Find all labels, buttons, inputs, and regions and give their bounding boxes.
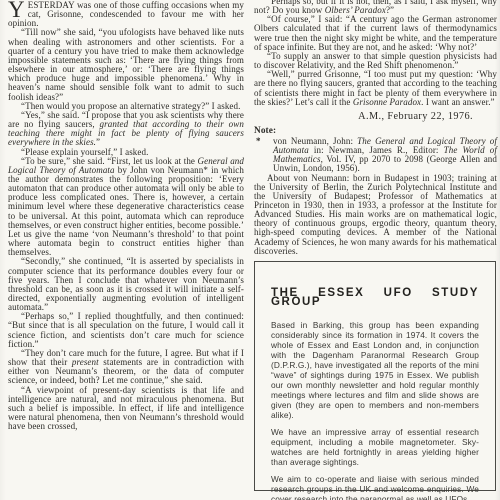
scanned-magazine-page: YESTERDAY was one of those cuffing occas… bbox=[0, 0, 500, 500]
byline: A.M., February 22, 1976. bbox=[254, 111, 497, 123]
note-heading: Note: bbox=[254, 126, 497, 136]
paragraph: “Till now” she said, “you ufologists hav… bbox=[8, 28, 244, 101]
paragraph: “Secondly,” she continued, “It is assert… bbox=[8, 257, 244, 312]
paragraph: “Well,” purred Grisonne, “I too must put… bbox=[254, 70, 497, 107]
paragraph: “Yes,” she said. “I propose that you ask… bbox=[8, 111, 244, 148]
footnote-text: von Neumann, John: The General and Logic… bbox=[273, 137, 497, 174]
essex-box-title: THE ESSEX UFO STUDY GROUP bbox=[271, 289, 479, 307]
left-column: YESTERDAY was one of those cuffing occas… bbox=[8, 1, 244, 500]
paragraph: Based in Barking, this group has been ex… bbox=[271, 320, 479, 420]
paragraph: YESTERDAY was one of those cuffing occas… bbox=[8, 1, 244, 28]
paragraph: “To supply an answer to that simple ques… bbox=[254, 52, 497, 70]
right-column: “Perhaps so, but if it is not, then, as … bbox=[254, 0, 497, 500]
essex-ufo-study-group-box: THE ESSEX UFO STUDY GROUP Based in Barki… bbox=[254, 261, 496, 491]
paragraph: “They don’t care much for the future, I … bbox=[8, 349, 244, 386]
right-column-paragraphs: “Perhaps so, but if it is not, then, as … bbox=[254, 0, 497, 107]
paragraph: We aim to co-operate and liaise with ser… bbox=[271, 474, 479, 500]
asterisk-marker: * bbox=[254, 137, 273, 174]
paragraph: “To be sure,” she said. “First, let us l… bbox=[8, 157, 244, 258]
paragraph: “A viewpoint of present-day scientists i… bbox=[8, 386, 244, 432]
paragraph: “Of course,” I said: “A century ago the … bbox=[254, 15, 497, 52]
about-von-neumann-note: About von Neumann: born in Budapest in 1… bbox=[254, 174, 497, 256]
paragraph: “Perhaps so, but if it is not, then, as … bbox=[254, 0, 497, 15]
essex-box-body: Based in Barking, this group has been ex… bbox=[271, 320, 479, 500]
footnote: * von Neumann, John: The General and Log… bbox=[254, 137, 497, 174]
paragraph: We have an impressive array of essential… bbox=[271, 427, 479, 467]
paragraph: “Perhaps so,” I replied thoughtfully, an… bbox=[8, 312, 244, 349]
